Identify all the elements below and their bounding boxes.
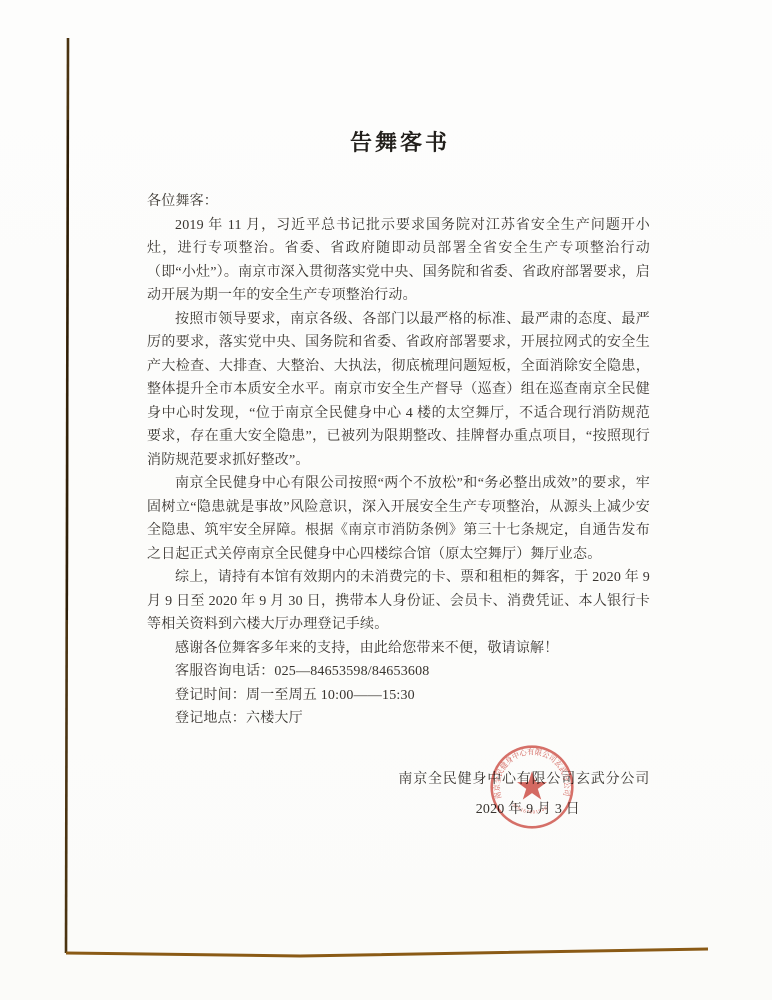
info-line-location: 登记地点：六楼大厅 [147,707,650,731]
registration-info: 客服咨询电话：025—84653598/84653608 登记时间：周一至周五 … [147,660,650,731]
paragraph-2: 按照市领导要求，南京各级、各部门以最严格的标准、最严肃的态度、最严厉的要求，落实… [147,308,650,473]
scanned-notice-photo: 告舞客书 各位舞客： 2019 年 11 月，习近平总书记批示要求国务院对江苏省… [0,0,772,1000]
signature-company: 南京全民健身中心有限公司玄武分公司 [147,768,650,792]
info-line-phone: 客服咨询电话：025—84653598/84653608 [147,660,650,684]
signature-date: 2020 年 9 月 3 日 [147,798,650,822]
paper-bottom-edge [66,949,708,956]
paragraph-3: 南京全民健身中心有限公司按照“两个不放松”和“务必整出成效”的要求，牢固树立“隐… [147,472,650,566]
document-title: 告舞客书 [147,130,650,156]
paragraph-1: 2019 年 11 月，习近平总书记批示要求国务院对江苏省安全生产问题开小灶，进… [147,214,650,308]
info-line-time: 登记时间：周一至周五 10:00——15:30 [147,684,650,708]
paragraph-4: 综上，请持有本馆有效期内的未消费完的卡、票和租柜的舞客，于 2020 年 9 月… [147,566,650,637]
paper-left-edge-shadow [67,120,68,620]
paper-left-edge [66,38,68,953]
salutation: 各位舞客： [147,190,650,214]
signature-block: 南京全民健身中心有限公司玄武分公司 2020 年 9 月 3 日 南京全民健身中… [147,768,650,822]
paragraph-thanks: 感谢各位舞客多年来的支持，由此给您带来不便，敬请谅解！ [147,637,650,661]
notice-document: 告舞客书 各位舞客： 2019 年 11 月，习近平总书记批示要求国务院对江苏省… [147,130,650,822]
